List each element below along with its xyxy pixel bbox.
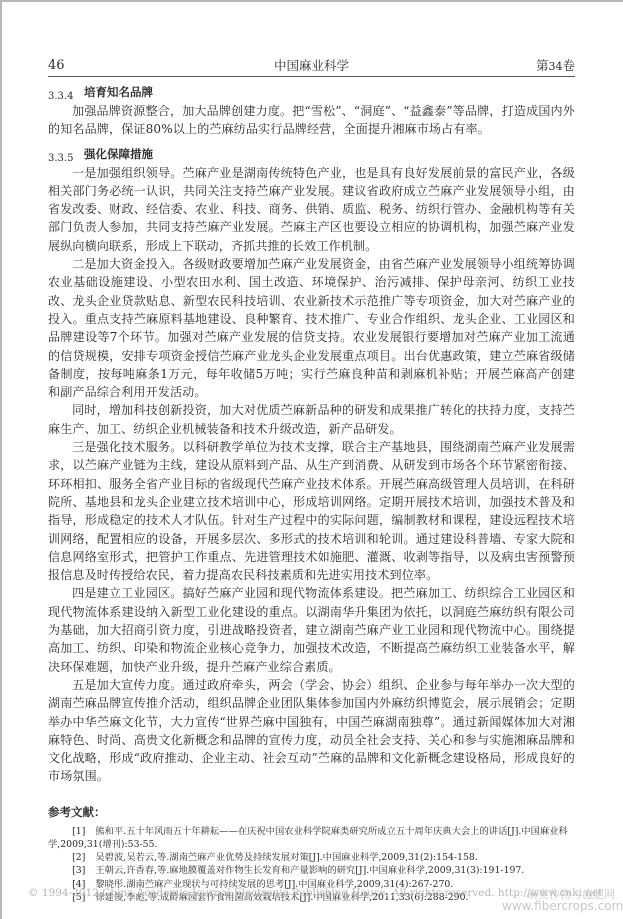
watermark-url: www.fibercrops.com [502, 899, 623, 913]
page-frame-top [0, 0, 623, 2]
reference-item: [3]王朝云,许香春,等.麻地膜覆盖对作物生长发育和产量影响的研究[J].中国麻… [48, 864, 575, 877]
page-frame-left [0, 0, 2, 919]
paragraph-organization: 一是加强组织领导。苎麻产业是湖南传统特色产业，也是具有良好发展前景的富民产业，各… [48, 164, 575, 255]
paragraph-funding: 二是加大资金投入。各级财政要增加苎麻产业发展资金，由省苎麻产业发展领导小组统筹协… [48, 255, 575, 401]
reference-item: [2]吴碧波,吴若云,等.湖南苎麻产业优势及持续发展对策[J].中国麻业科学,2… [48, 851, 575, 864]
section-heading-3-3-5: 3.3.5强化保障措施 [48, 146, 575, 164]
references-heading: 参考文献： [48, 804, 575, 820]
paragraph-technical-service: 三是强化技术服务。以科研教学单位为技术支撑，联合主产基地县，围绕湖南苎麻产业发展… [48, 438, 575, 584]
reference-item: [1]熊和平.五十年风雨五十年耕耘——在庆祝中国农业科学院麻类研究所成立五十周年… [48, 825, 575, 851]
running-header: 46 中国麻业科学 第34卷 [48, 56, 575, 77]
volume-label: 第34卷 [536, 56, 575, 74]
section-title: 强化保障措施 [84, 147, 153, 161]
journal-title: 中国麻业科学 [48, 56, 575, 74]
paragraph-industrial-park: 四是建立工业园区。搞好苎麻产业园和现代物流体系建设。把苎麻加工、纺织综合工业园区… [48, 584, 575, 675]
section-number: 3.3.5 [48, 153, 84, 164]
section-title: 培育知名品牌 [84, 85, 153, 99]
paragraph: 加强品牌资源整合，加大品牌创建力度。把“雪松”、“洞庭”、“益鑫泰”等品牌，打造… [48, 102, 575, 139]
section-heading-3-3-4: 3.3.4培育知名品牌 [48, 84, 575, 102]
paragraph-innovation: 同时，增加科技创新投资，加大对优质苎麻新品种的研发和成果推广转化的扶持力度，支持… [48, 401, 575, 438]
section-number: 3.3.4 [48, 91, 84, 102]
copyright-footer: © 1994-2012 China Academic Journal Elect… [28, 887, 602, 899]
paragraph-publicity: 五是加大宣传力度。通过政府牵头，两会（学会、协会）组织、企业参与每年举办一次大型… [48, 676, 575, 786]
paper-page: 46 中国麻业科学 第34卷 3.3.4培育知名品牌 加强品牌资源整合，加大品牌… [48, 56, 575, 904]
